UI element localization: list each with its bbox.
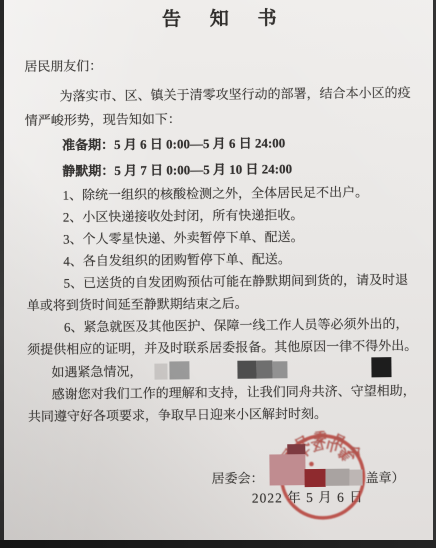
redaction-block xyxy=(350,469,363,485)
emergency-text: 如遇紧急情况， xyxy=(51,364,142,380)
redaction-block xyxy=(371,357,391,377)
redaction-block xyxy=(237,361,256,379)
closing-paragraph: 感谢您对我们工作的理解和支持，让我们同舟共济、守望相助，共同遵守好各项要求，争取… xyxy=(28,380,419,428)
redaction-block xyxy=(272,361,287,378)
redaction-block xyxy=(325,469,349,486)
intro-paragraph: 为落实市、区、镇关于清零攻坚行动的部署，结合本小区的疫情严峻形势，现告知如下： xyxy=(24,81,415,133)
period-label: 静默期： xyxy=(62,163,114,179)
page-title: 告 知 书 xyxy=(24,4,415,36)
redaction-block xyxy=(269,454,305,485)
photographed-notice-page: 告 知 书 居民朋友们： 为落实市、区、镇关于清零攻坚行动的部署，结合本小区的疫… xyxy=(4,0,433,540)
salutation: 居民朋友们： xyxy=(24,54,415,76)
rule-item-1: 1、除统一组织的核酸检测之外，全体居民足不出户。 xyxy=(26,181,417,207)
redaction-block xyxy=(169,361,189,379)
committee-signature-label: 居委会： xyxy=(211,468,263,488)
redaction-block xyxy=(304,469,325,487)
preparation-period-line: 准备期：5 月 6 日 0:00—5 月 6 日 24:00 xyxy=(25,129,416,159)
period-label: 准备期： xyxy=(62,137,114,153)
seal-note-text: 盖章） xyxy=(365,467,404,486)
photo-edge-bottom xyxy=(0,540,436,548)
photo-edge-left xyxy=(0,0,4,548)
rule-item-6: 6、紧急就医及其他医护、保障一线工作人员等必须外出的，须提供相应的证明，并及时联… xyxy=(27,313,418,361)
period-range: 5 月 6 日 0:00—5 月 6 日 24:00 xyxy=(114,135,285,152)
redaction-block xyxy=(154,364,167,380)
rules-list: 1、除统一组织的核酸检测之外，全体居民足不出户。 2、小区快递接收处封闭，所有快… xyxy=(26,181,419,361)
rule-item-5: 5、已送货的自发团购预估可能在静默期间到货的，请及时退单或将到货时间延至静默期结… xyxy=(26,269,417,317)
notice-content: 告 知 书 居民朋友们： 为落实市、区、镇关于清零攻坚行动的部署，结合本小区的疫… xyxy=(4,0,433,540)
redaction-block xyxy=(256,360,272,378)
silence-period-line: 静默期：5 月 7 日 0:00—5 月 10 日 24:00 xyxy=(25,155,416,185)
period-range: 5 月 7 日 0:00—5 月 10 日 24:00 xyxy=(114,161,292,178)
seal-center-dot xyxy=(309,462,314,467)
